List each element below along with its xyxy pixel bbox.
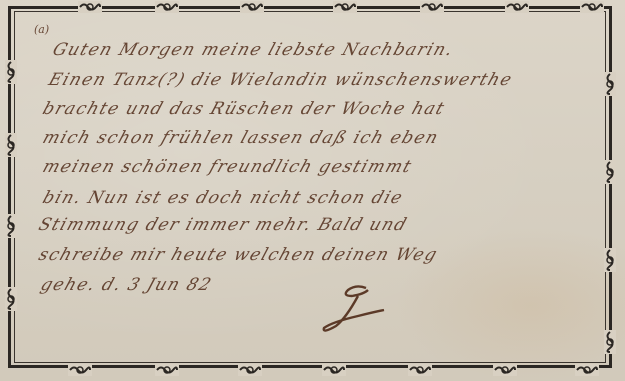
knot-ornament-icon <box>5 287 17 311</box>
letter-page: (a) Guten Morgen meine liebste Nachbarin… <box>0 0 625 381</box>
knot-ornament-icon <box>5 60 17 84</box>
knot-ornament-icon <box>322 364 346 376</box>
letter-line-9-date: gehe. d. 3 Jun 82 <box>38 275 215 295</box>
letter-line-4: mich schon frühlen lassen daß ich eben <box>40 128 442 148</box>
knot-ornament-icon <box>78 1 102 13</box>
knot-ornament-icon <box>604 248 616 272</box>
knot-ornament-icon <box>155 364 179 376</box>
knot-ornament-icon <box>5 133 17 157</box>
letter-line-5: meinen schönen freundlich gestimmt <box>40 157 415 177</box>
knot-ornament-icon <box>155 1 179 13</box>
knot-ornament-icon <box>575 364 599 376</box>
knot-ornament-icon <box>493 364 517 376</box>
knot-ornament-icon <box>68 364 92 376</box>
page-mark: (a) <box>34 23 49 36</box>
letter-line-7: Stimmung der immer mehr. Bald und <box>36 215 410 235</box>
knot-ornament-icon <box>505 1 529 13</box>
knot-ornament-icon <box>238 364 262 376</box>
knot-ornament-icon <box>604 160 616 184</box>
knot-ornament-icon <box>604 330 616 354</box>
decorative-border-inner <box>14 11 606 363</box>
letter-line-3: brachte und das Rüschen der Woche hat <box>40 99 448 119</box>
letter-line-6: bin. Nun ist es doch nicht schon die <box>40 188 406 208</box>
knot-ornament-icon <box>420 1 444 13</box>
letter-line-8: schreibe mir heute welchen deinen Weg <box>36 245 441 265</box>
knot-ornament-icon <box>5 214 17 238</box>
letter-line-1: Guten Morgen meine liebste Nachbarin. <box>50 40 456 60</box>
letter-line-2: Einen Tanz(?) die Wielandin wünschenswer… <box>46 70 515 90</box>
knot-ornament-icon <box>408 364 432 376</box>
signature-g <box>318 282 388 338</box>
knot-ornament-icon <box>240 1 264 13</box>
knot-ornament-icon <box>580 1 604 13</box>
knot-ornament-icon <box>604 72 616 96</box>
knot-ornament-icon <box>333 1 357 13</box>
